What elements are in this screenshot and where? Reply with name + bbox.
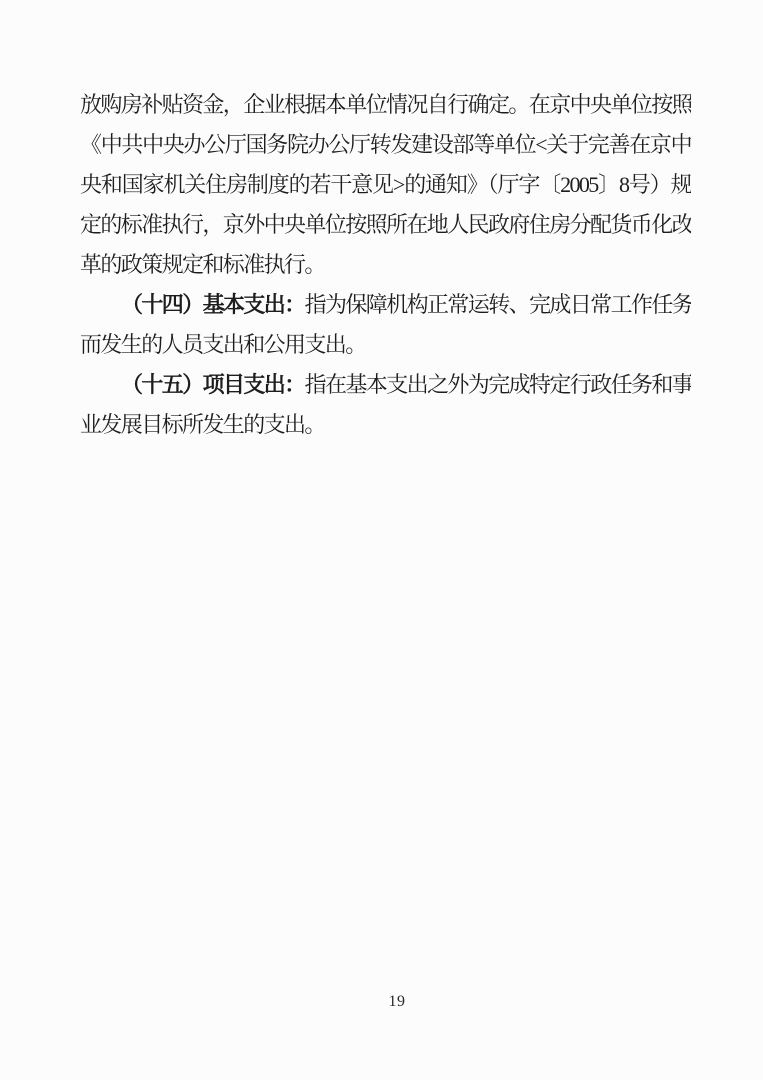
text-line: 革的政策规定和标准执行。 xyxy=(80,245,691,285)
text-line: （十五）项目支出：指在基本支出之外为完成特定行政任务和事 xyxy=(80,365,691,405)
text-line: 央和国家机关住房制度的若干意见>的通知》（厅字〔2005〕8号）规 xyxy=(80,165,691,205)
paragraph-item-15-project-expenditure: （十五）项目支出：指在基本支出之外为完成特定行政任务和事 业发展目标所发生的支出… xyxy=(80,365,691,445)
page-number: 19 xyxy=(352,991,442,1013)
item-15-definition-text: 指在基本支出之外为完成特定行政任务和事 xyxy=(305,372,691,397)
text-line: 放购房补贴资金，企业根据本单位情况自行确定。在京中央单位按照 xyxy=(80,85,691,125)
item-14-term-label: （十四）基本支出： xyxy=(121,292,305,317)
document-body: 放购房补贴资金，企业根据本单位情况自行确定。在京中央单位按照 《中共中央办公厅国… xyxy=(80,85,691,445)
text-line: 定的标准执行，京外中央单位按照所在地人民政府住房分配货币化改 xyxy=(80,205,691,245)
paragraph-housing-subsidy: 放购房补贴资金，企业根据本单位情况自行确定。在京中央单位按照 《中共中央办公厅国… xyxy=(80,85,691,285)
document-page: 放购房补贴资金，企业根据本单位情况自行确定。在京中央单位按照 《中共中央办公厅国… xyxy=(0,0,763,1080)
item-15-term-label: （十五）项目支出： xyxy=(121,372,305,397)
paragraph-item-14-basic-expenditure: （十四）基本支出：指为保障机构正常运转、完成日常工作任务 而发生的人员支出和公用… xyxy=(80,285,691,365)
text-line: （十四）基本支出：指为保障机构正常运转、完成日常工作任务 xyxy=(80,285,691,325)
text-line: 而发生的人员支出和公用支出。 xyxy=(80,325,691,365)
text-line: 业发展目标所发生的支出。 xyxy=(80,405,691,445)
item-14-definition-text: 指为保障机构正常运转、完成日常工作任务 xyxy=(305,292,691,317)
text-line: 《中共中央办公厅国务院办公厅转发建设部等单位<关于完善在京中 xyxy=(80,125,691,165)
